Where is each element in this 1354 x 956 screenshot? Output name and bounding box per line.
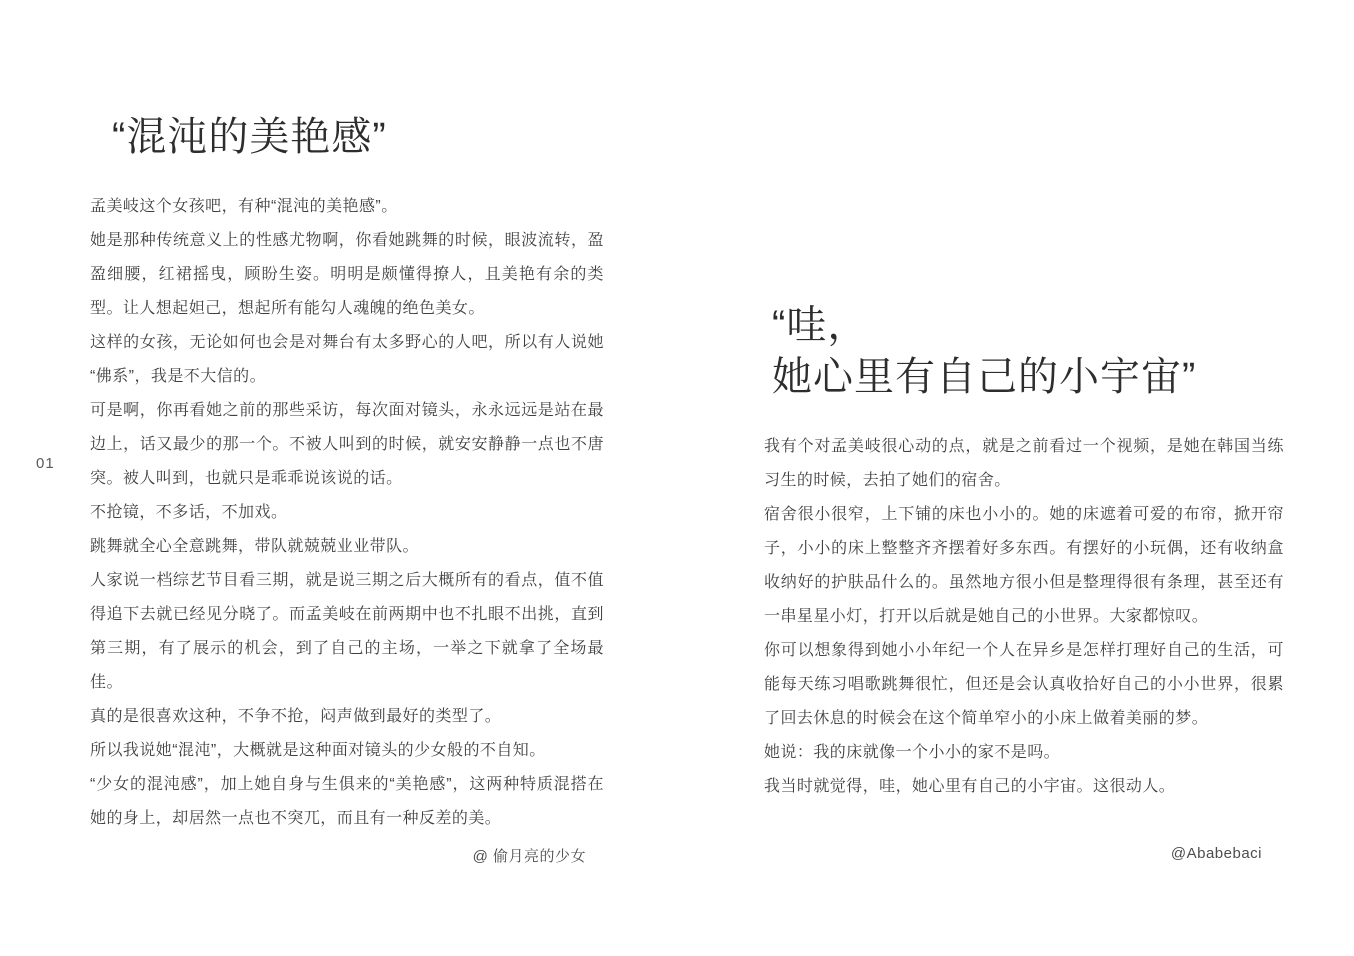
paragraph: 她是那种传统意义上的性感尤物啊，你看她跳舞的时候，眼波流转，盈盈细腰，红裙摇曳，…: [90, 224, 604, 326]
paragraph: 我当时就觉得，哇，她心里有自己的小宇宙。这很动人。: [764, 770, 1284, 804]
right-page-title-line2: 她心里有自己的小宇宙”: [772, 351, 1196, 403]
right-page-title-line1: “哇，: [772, 299, 1196, 351]
page-number-left: 01: [36, 455, 55, 472]
right-page-attribution: @Ababebaci: [764, 845, 1284, 862]
paragraph: 跳舞就全心全意跳舞，带队就兢兢业业带队。: [90, 530, 604, 564]
left-page-body: 孟美岐这个女孩吧，有种“混沌的美艳感”。 她是那种传统意义上的性感尤物啊，你看她…: [90, 190, 604, 836]
paragraph: 真的是很喜欢这种，不争不抢，闷声做到最好的类型了。: [90, 700, 604, 734]
paragraph: 可是啊，你再看她之前的那些采访，每次面对镜头，永永远远是站在最边上，话又最少的那…: [90, 394, 604, 496]
paragraph: 宿舍很小很窄，上下铺的床也小小的。她的床遮着可爱的布帘，掀开帘子，小小的床上整整…: [764, 498, 1284, 634]
paragraph: 她说：我的床就像一个小小的家不是吗。: [764, 736, 1284, 770]
right-page-body: 我有个对孟美岐很心动的点，就是之前看过一个视频，是她在韩国当练习生的时候，去拍了…: [764, 430, 1284, 804]
paragraph: 孟美岐这个女孩吧，有种“混沌的美艳感”。: [90, 190, 604, 224]
paragraph: 不抢镜，不多话，不加戏。: [90, 496, 604, 530]
paragraph: 所以我说她“混沌”，大概就是这种面对镜头的少女般的不自知。: [90, 734, 604, 768]
left-page-title: “混沌的美艳感”: [112, 111, 387, 163]
paragraph: “少女的混沌感”，加上她自身与生俱来的“美艳感”，这两种特质混搭在她的身上，却居…: [90, 768, 604, 836]
paragraph: 我有个对孟美岐很心动的点，就是之前看过一个视频，是她在韩国当练习生的时候，去拍了…: [764, 430, 1284, 498]
left-page-attribution: @ 偷月亮的少女: [90, 845, 604, 866]
document-spread: 01 “混沌的美艳感” 孟美岐这个女孩吧，有种“混沌的美艳感”。 她是那种传统意…: [0, 0, 1354, 956]
paragraph: 人家说一档综艺节目看三期，就是说三期之后大概所有的看点，值不值得追下去就已经见分…: [90, 564, 604, 700]
paragraph: 你可以想象得到她小小年纪一个人在异乡是怎样打理好自己的生活，可能每天练习唱歌跳舞…: [764, 634, 1284, 736]
paragraph: 这样的女孩，无论如何也会是对舞台有太多野心的人吧，所以有人说她“佛系”，我是不大…: [90, 326, 604, 394]
right-page-title: “哇， 她心里有自己的小宇宙”: [772, 299, 1196, 403]
